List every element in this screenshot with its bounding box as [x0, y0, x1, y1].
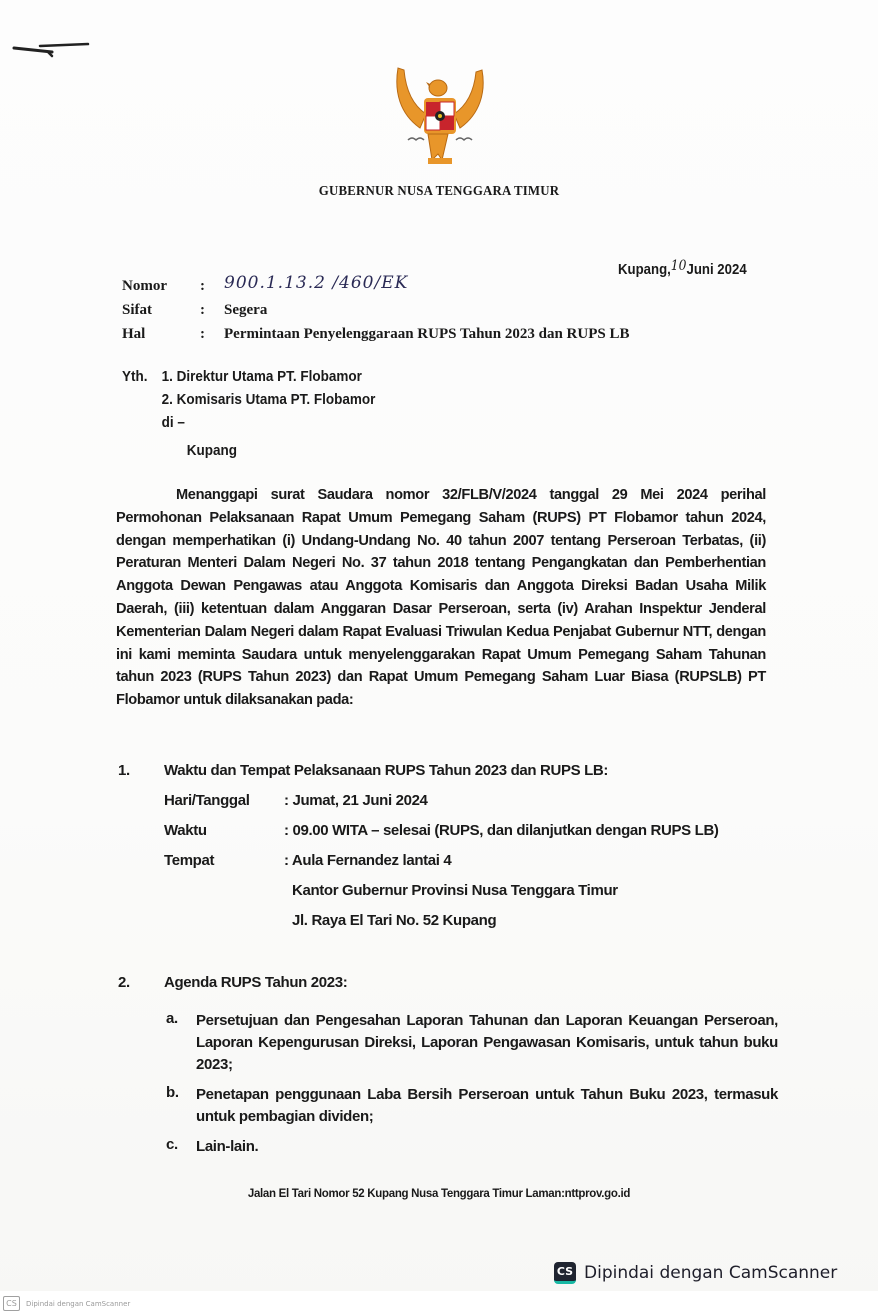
- nomor-label: Nomor: [122, 278, 200, 295]
- recipient-row: Yth. 1. Direktur Utama PT. Flobamor: [122, 368, 375, 391]
- schedule-label: Hari/Tanggal: [164, 792, 284, 822]
- schedule-value: : 09.00 WITA – selesai (RUPS, dan dilanj…: [284, 822, 719, 852]
- recipient-1: 1. Direktur Utama PT. Flobamor: [162, 368, 362, 391]
- sifat-row: Sifat : Segera: [122, 298, 629, 322]
- agenda-list: a. Persetujuan dan Pengesahan Laporan Ta…: [118, 1010, 778, 1158]
- section-heading: 1. Waktu dan Tempat Pelaksanaan RUPS Tah…: [118, 762, 719, 792]
- camscanner-watermark: CS Dipindai dengan CamScanner: [554, 1262, 837, 1284]
- recipients-block: Yth. 1. Direktur Utama PT. Flobamor 2. K…: [122, 368, 375, 465]
- agenda-letter: c.: [166, 1136, 196, 1158]
- hal-label: Hal: [122, 326, 200, 343]
- schedule-label: Tempat: [164, 852, 284, 882]
- section-title: Agenda RUPS Tahun 2023:: [164, 974, 347, 1004]
- salutation: Yth.: [122, 368, 162, 391]
- sifat-label: Sifat: [122, 302, 200, 319]
- agenda-letter: a.: [166, 1010, 196, 1076]
- issuer-title: GUBERNUR NUSA TENGGARA TIMUR: [35, 184, 843, 200]
- bottom-strip: [0, 1291, 878, 1316]
- nomor-value: 900.1.13.2 /460/EK: [224, 273, 408, 293]
- recipient-2: 2. Komisaris Utama PT. Flobamor: [162, 391, 376, 414]
- agenda-item: c. Lain-lain.: [166, 1136, 778, 1158]
- schedule-row-time: Waktu : 09.00 WITA – selesai (RUPS, dan …: [118, 822, 719, 852]
- agenda-letter: b.: [166, 1084, 196, 1128]
- recipient-row: di –: [122, 414, 375, 437]
- letter-meta: Nomor : 900.1.13.2 /460/EK Sifat : Seger…: [122, 274, 629, 346]
- section-title: Waktu dan Tempat Pelaksanaan RUPS Tahun …: [164, 762, 608, 792]
- handwritten-mark-icon: [12, 38, 92, 62]
- separator: :: [200, 278, 224, 295]
- body-paragraph: Menanggapi surat Saudara nomor 32/FLB/V/…: [116, 484, 766, 712]
- recipient-city: Kupang: [122, 442, 375, 465]
- separator: :: [200, 326, 224, 343]
- camscanner-icon: CS: [554, 1262, 576, 1284]
- separator: :: [200, 302, 224, 319]
- footer-address: Jalan El Tari Nomor 52 Kupang Nusa Tengg…: [0, 1188, 878, 1200]
- schedule-value: : Jumat, 21 Juni 2024: [284, 792, 428, 822]
- scanned-letter-page: GUBERNUR NUSA TENGGARA TIMUR Kupang,10Ju…: [0, 0, 878, 1316]
- sifat-value: Segera: [224, 302, 267, 319]
- recipient-row: 2. Komisaris Utama PT. Flobamor: [122, 391, 375, 414]
- agenda-item: b. Penetapan penggunaan Laba Bersih Pers…: [166, 1084, 778, 1128]
- handwritten-day: 10: [671, 258, 687, 274]
- schedule-label: Waktu: [164, 822, 284, 852]
- garuda-emblem-icon: [392, 62, 488, 170]
- month-year: Juni 2024: [686, 261, 746, 278]
- camscanner-label: Dipindai dengan CamScanner: [584, 1263, 837, 1283]
- place-line: Kantor Gubernur Provinsi Nusa Tenggara T…: [118, 882, 719, 912]
- camscanner-small-icon: CS: [3, 1296, 20, 1311]
- place-date: Kupang,10Juni 2024: [618, 261, 747, 278]
- section-number: 2.: [118, 974, 164, 1004]
- agenda-text: Persetujuan dan Pengesahan Laporan Tahun…: [196, 1010, 778, 1076]
- recipient-di: di –: [162, 414, 185, 437]
- hal-value: Permintaan Penyelenggaraan RUPS Tahun 20…: [224, 326, 629, 343]
- place-line: Jl. Raya El Tari No. 52 Kupang: [118, 912, 719, 942]
- nomor-row: Nomor : 900.1.13.2 /460/EK: [122, 274, 629, 298]
- schedule-value: : Aula Fernandez lantai 4: [284, 852, 451, 882]
- camscanner-small-watermark: CS Dipindai dengan CamScanner: [3, 1296, 130, 1311]
- section-schedule: 1. Waktu dan Tempat Pelaksanaan RUPS Tah…: [118, 762, 719, 942]
- schedule-row-place: Tempat : Aula Fernandez lantai 4: [118, 852, 719, 882]
- camscanner-small-label: Dipindai dengan CamScanner: [26, 1300, 130, 1308]
- section-heading: 2. Agenda RUPS Tahun 2023:: [118, 974, 778, 1004]
- section-number: 1.: [118, 762, 164, 792]
- agenda-text: Lain-lain.: [196, 1136, 778, 1158]
- agenda-text: Penetapan penggunaan Laba Bersih Persero…: [196, 1084, 778, 1128]
- agenda-item: a. Persetujuan dan Pengesahan Laporan Ta…: [166, 1010, 778, 1076]
- hal-row: Hal : Permintaan Penyelenggaraan RUPS Ta…: [122, 322, 629, 346]
- schedule-row-date: Hari/Tanggal : Jumat, 21 Juni 2024: [118, 792, 719, 822]
- section-agenda: 2. Agenda RUPS Tahun 2023: a. Persetujua…: [118, 974, 778, 1166]
